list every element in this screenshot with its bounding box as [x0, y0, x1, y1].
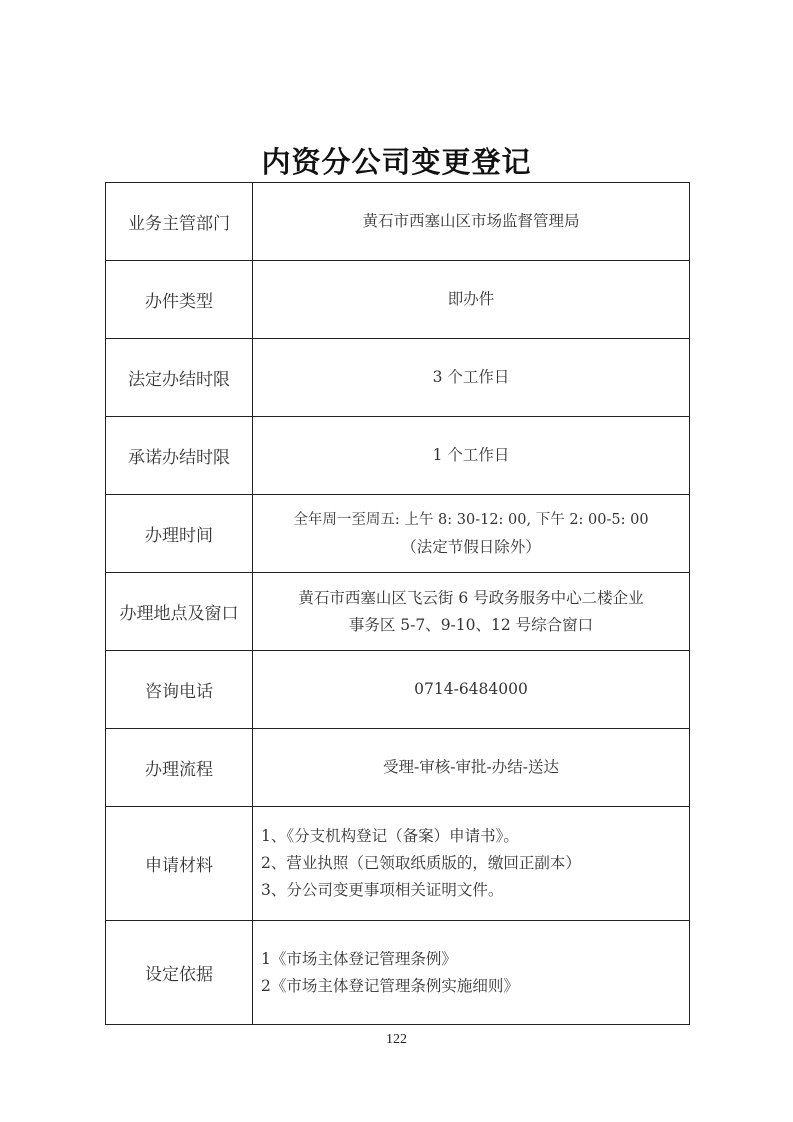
row-value: 1《市场主体登记管理条例》 2《市场主体登记管理条例实施细则》 — [253, 921, 690, 1025]
value-line: 3 个工作日 — [257, 364, 685, 391]
table-row: 申请材料 1、《分支机构登记（备案）申请书》。 2、营业执照（已领取纸质版的，缴… — [106, 807, 690, 921]
row-label: 承诺办结时限 — [106, 417, 253, 495]
value-line: 黄石市西塞山区飞云街 6 号政务服务中心二楼企业 — [257, 585, 685, 612]
table-row: 承诺办结时限 1 个工作日 — [106, 417, 690, 495]
row-value: 黄石市西塞山区市场监督管理局 — [253, 183, 690, 261]
value-line: （法定节假日除外） — [257, 534, 685, 561]
value-line: 即办件 — [257, 286, 685, 313]
table-row: 办理地点及窗口 黄石市西塞山区飞云街 6 号政务服务中心二楼企业 事务区 5-7… — [106, 573, 690, 651]
row-label: 办理时间 — [106, 495, 253, 573]
row-value: 1、《分支机构登记（备案）申请书》。 2、营业执照（已领取纸质版的，缴回正副本）… — [253, 807, 690, 921]
basis-item: 1《市场主体登记管理条例》 — [261, 946, 685, 973]
value-line: 黄石市西塞山区市场监督管理局 — [257, 208, 685, 235]
row-value: 即办件 — [253, 261, 690, 339]
row-label: 设定依据 — [106, 921, 253, 1025]
row-label: 咨询电话 — [106, 651, 253, 729]
value-line: 受理-审核-审批-办结-送达 — [257, 754, 685, 781]
value-line: 1 个工作日 — [257, 442, 685, 469]
material-item: 2、营业执照（已领取纸质版的，缴回正副本） — [261, 850, 685, 877]
table-row: 设定依据 1《市场主体登记管理条例》 2《市场主体登记管理条例实施细则》 — [106, 921, 690, 1025]
row-value: 3 个工作日 — [253, 339, 690, 417]
table-row: 咨询电话 0714-6484000 — [106, 651, 690, 729]
document-title: 内资分公司变更登记 — [0, 140, 793, 181]
page-number: 122 — [0, 1032, 793, 1048]
row-label: 办理流程 — [106, 729, 253, 807]
table-row: 法定办结时限 3 个工作日 — [106, 339, 690, 417]
row-value: 黄石市西塞山区飞云街 6 号政务服务中心二楼企业 事务区 5-7、9-10、12… — [253, 573, 690, 651]
table-row: 办件类型 即办件 — [106, 261, 690, 339]
row-label: 办件类型 — [106, 261, 253, 339]
row-value: 受理-审核-审批-办结-送达 — [253, 729, 690, 807]
row-label: 业务主管部门 — [106, 183, 253, 261]
material-item: 1、《分支机构登记（备案）申请书》。 — [261, 823, 685, 850]
table-row: 办理流程 受理-审核-审批-办结-送达 — [106, 729, 690, 807]
row-value: 0714-6484000 — [253, 651, 690, 729]
basis-item: 2《市场主体登记管理条例实施细则》 — [261, 973, 685, 1000]
value-line: 全年周一至周五: 上午 8: 30-12: 00, 下午 2: 00-5: 00 — [257, 507, 685, 534]
row-value: 全年周一至周五: 上午 8: 30-12: 00, 下午 2: 00-5: 00… — [253, 495, 690, 573]
row-label: 申请材料 — [106, 807, 253, 921]
value-line: 事务区 5-7、9-10、12 号综合窗口 — [257, 612, 685, 639]
material-item: 3、分公司变更事项相关证明文件。 — [261, 877, 685, 904]
phone-number: 0714-6484000 — [257, 676, 685, 703]
table-row: 业务主管部门 黄石市西塞山区市场监督管理局 — [106, 183, 690, 261]
row-label: 办理地点及窗口 — [106, 573, 253, 651]
service-info-table: 业务主管部门 黄石市西塞山区市场监督管理局 办件类型 即办件 法定办结时限 3 … — [105, 182, 690, 1025]
row-label: 法定办结时限 — [106, 339, 253, 417]
table-row: 办理时间 全年周一至周五: 上午 8: 30-12: 00, 下午 2: 00-… — [106, 495, 690, 573]
row-value: 1 个工作日 — [253, 417, 690, 495]
